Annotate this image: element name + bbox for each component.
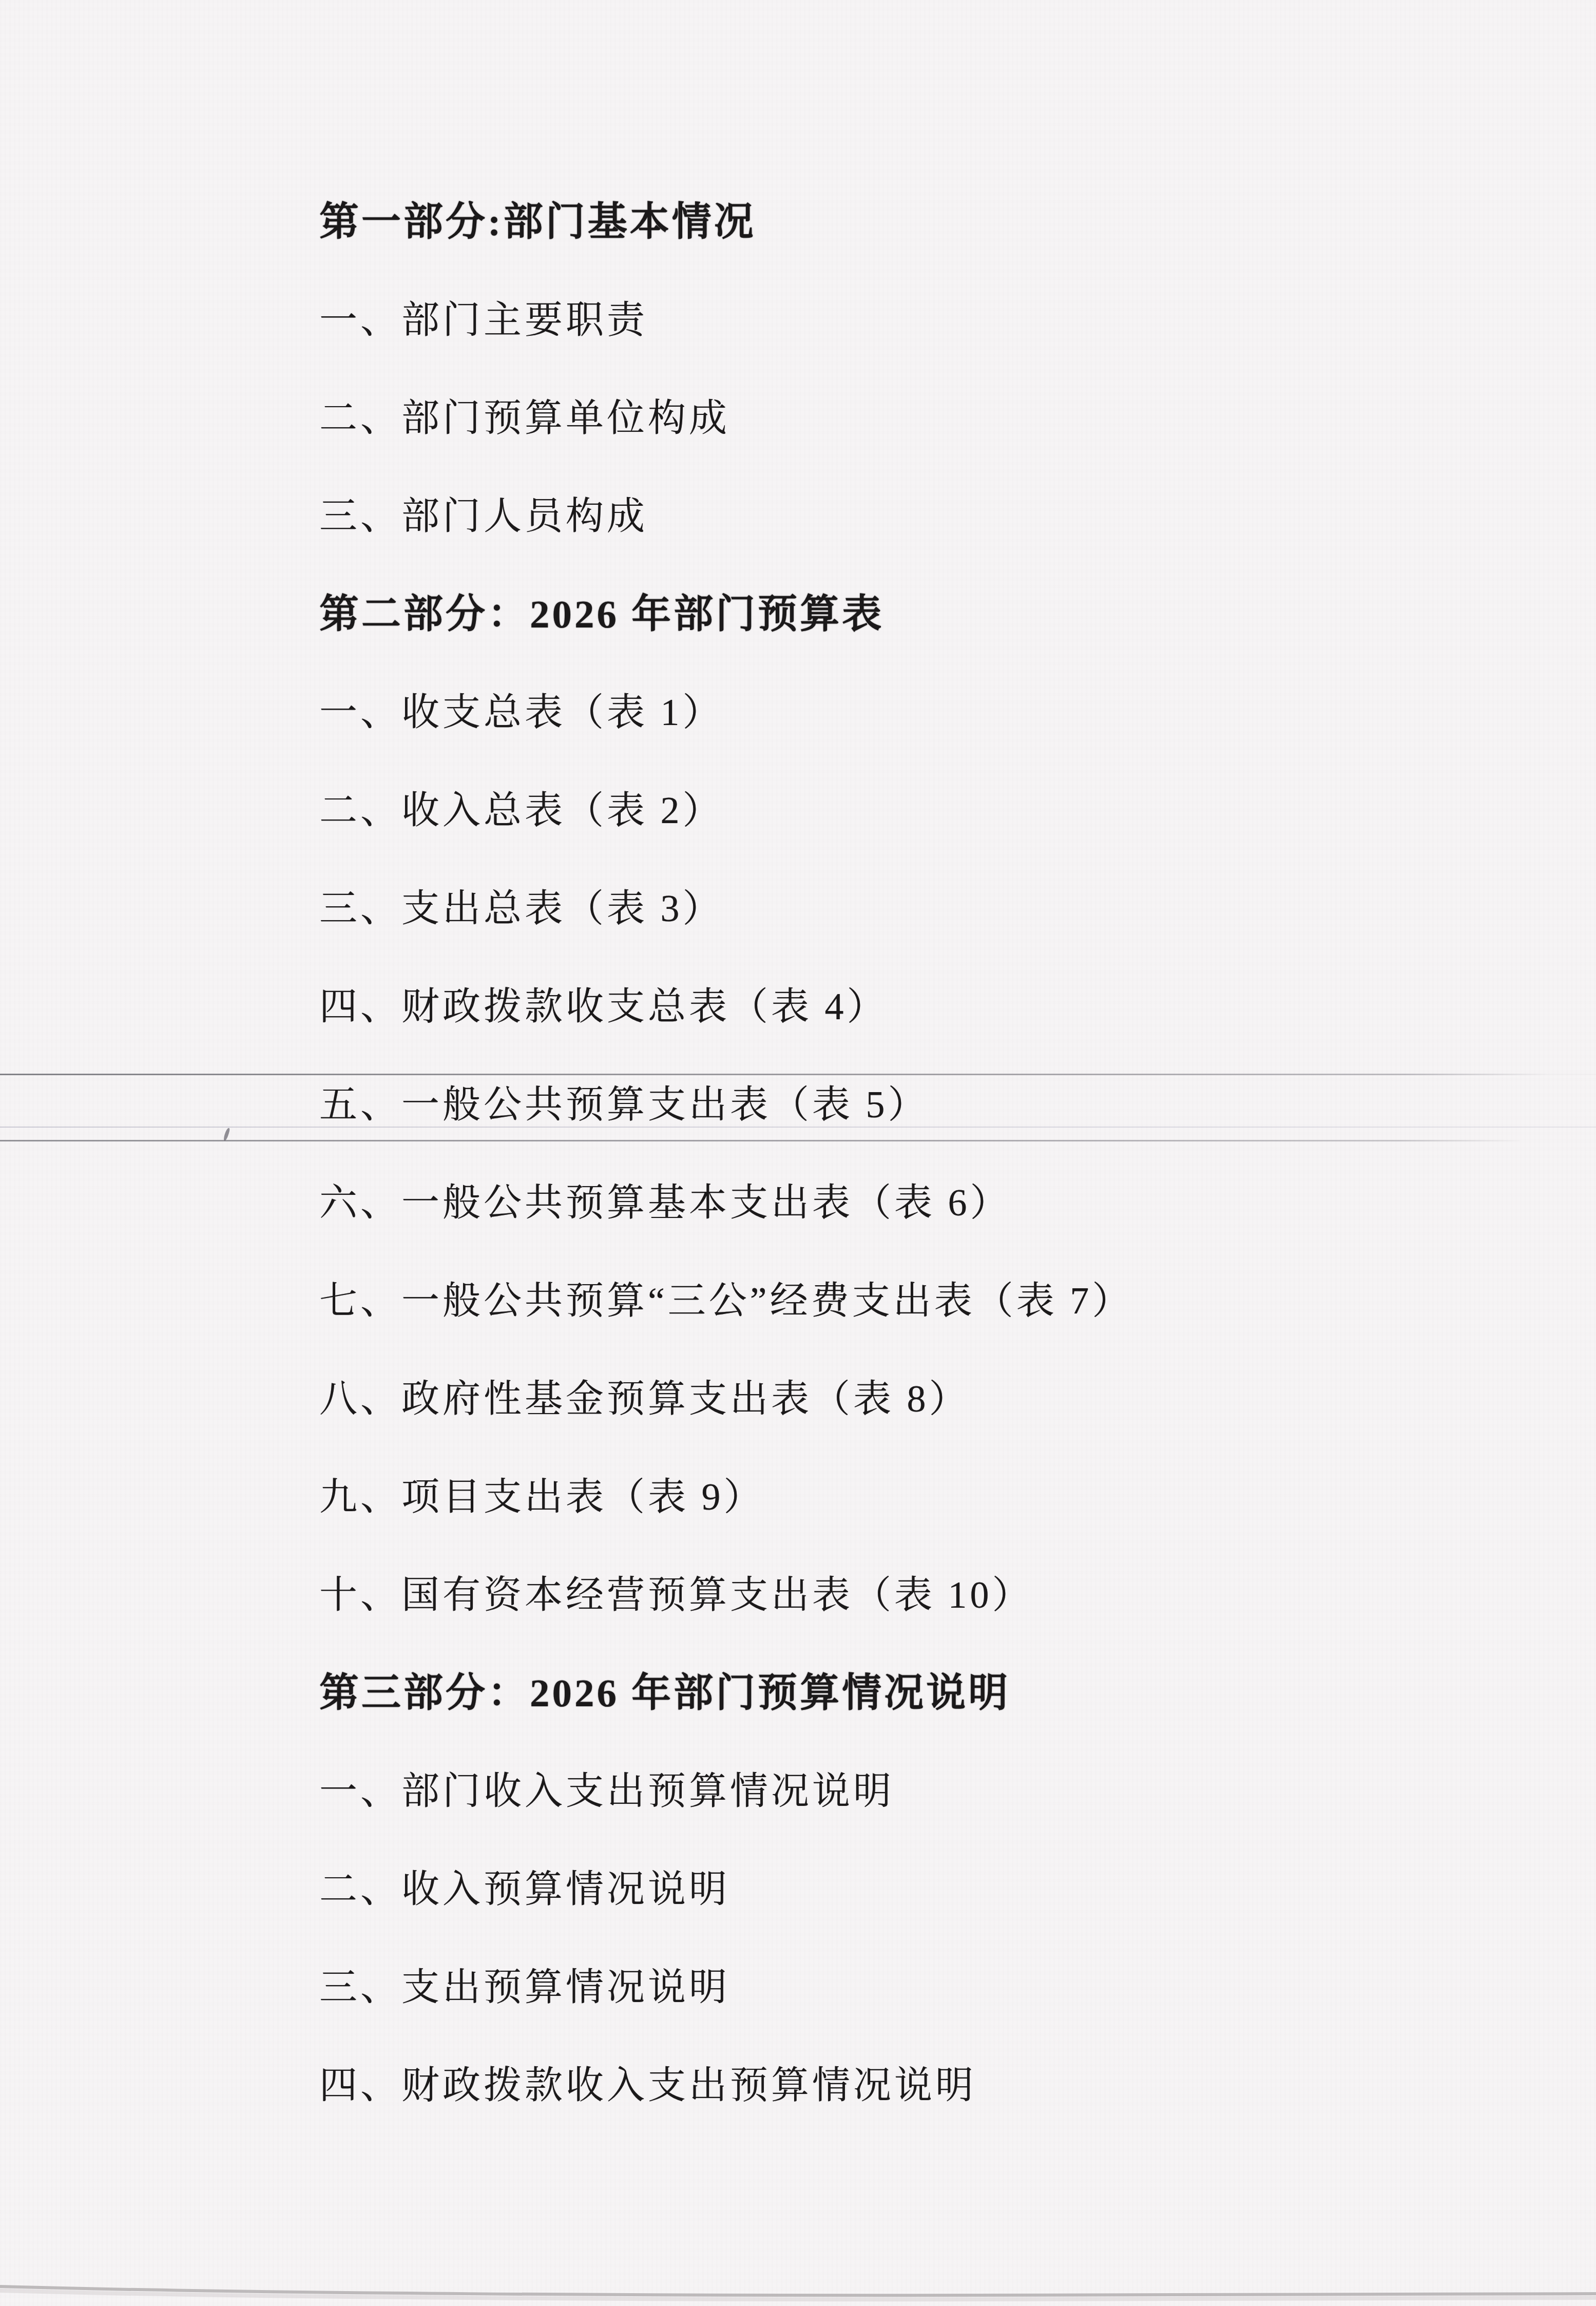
- toc-part2-item-2: 二、收入总表（表 2）: [319, 758, 1534, 856]
- toc-part2-item-8: 八、政府性基金预算支出表（表 8）: [319, 1346, 1534, 1444]
- toc-part3-item-4: 四、财政拨款收入支出预算情况说明: [319, 2033, 1534, 2131]
- toc-part2-item-6: 六、一般公共预算基本支出表（表 6）: [319, 1150, 1534, 1248]
- scanned-document-page: { "document": { "kind": "scanned table o…: [0, 0, 1596, 2306]
- toc-part3-item-3: 三、支出预算情况说明: [319, 1935, 1534, 2033]
- toc-part2-item-3: 三、支出总表（表 3）: [319, 856, 1534, 954]
- toc-part1-heading: 第一部分:部门基本情况: [319, 169, 1534, 268]
- toc-part3-item-1: 一、部门收入支出预算情况说明: [319, 1739, 1534, 1837]
- toc-part1-item-3: 三、部门人员构成: [319, 464, 1534, 562]
- toc-part2-item-7: 七、一般公共预算“三公”经费支出表（表 7）: [319, 1248, 1534, 1346]
- toc-part2-item-5: 五、一般公共预算支出表（表 5）: [319, 1052, 1534, 1150]
- toc-part3-heading: 第三部分：2026 年部门预算情况说明: [319, 1641, 1534, 1739]
- toc-part1-item-1: 一、部门主要职责: [319, 268, 1534, 366]
- page-bottom-edge: [0, 2275, 1596, 2306]
- toc-part2-heading: 第二部分：2026 年部门预算表: [319, 562, 1534, 660]
- toc-part3-item-2: 二、收入预算情况说明: [319, 1837, 1534, 1935]
- toc-part1-item-2: 二、部门预算单位构成: [319, 366, 1534, 464]
- toc-part2-item-4: 四、财政拨款收支总表（表 4）: [319, 954, 1534, 1052]
- toc-part2-item-9: 九、项目支出表（表 9）: [319, 1444, 1534, 1542]
- toc-part2-item-1: 一、收支总表（表 1）: [319, 660, 1534, 758]
- toc-part2-item-10: 十、国有资本经营预算支出表（表 10）: [319, 1542, 1534, 1641]
- table-of-contents: 第一部分:部门基本情况 一、部门主要职责 二、部门预算单位构成 三、部门人员构成…: [0, 0, 1596, 2131]
